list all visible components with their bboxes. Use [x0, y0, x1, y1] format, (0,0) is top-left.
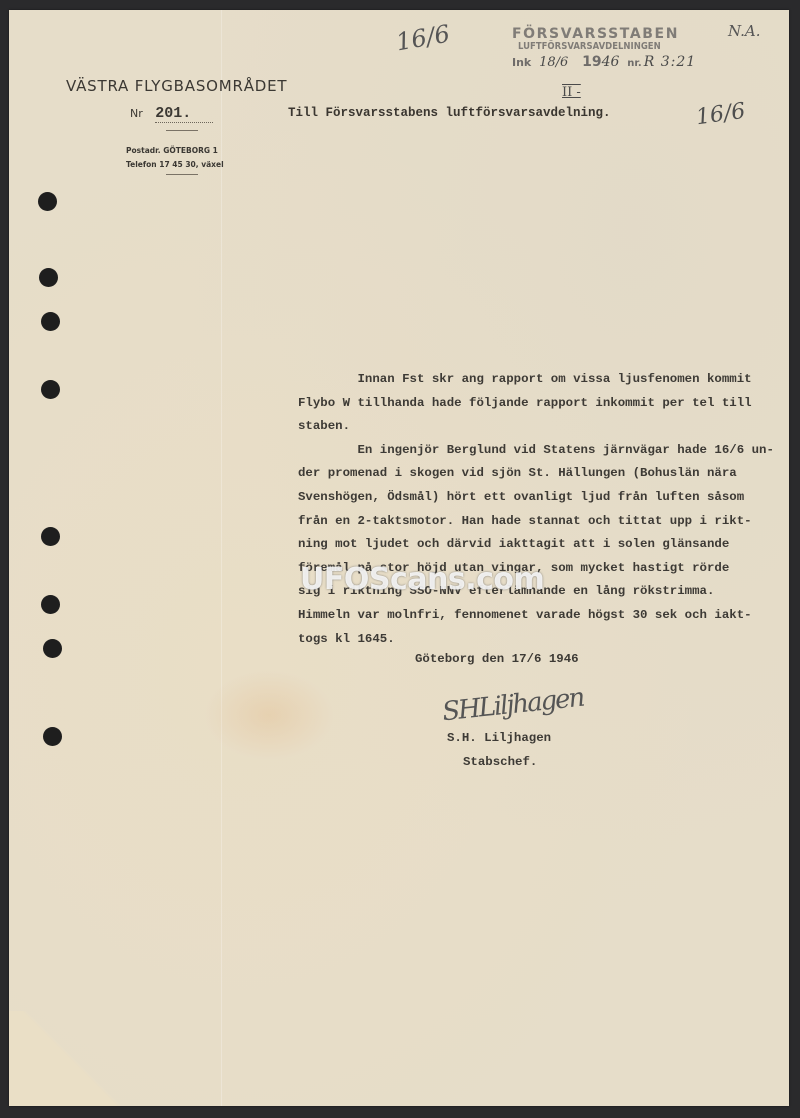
closing-place-date: Göteborg den 17/6 1946 [415, 652, 579, 666]
punch-hole-icon [41, 380, 60, 399]
body-line: Svenshögen, Ödsmål) hört ett ovanligt lj… [298, 486, 788, 510]
letterhead-organization: VÄSTRA FLYGBASOMRÅDET [66, 77, 287, 95]
handwritten-initials: N.A. [728, 22, 761, 40]
stamp-section: II - [562, 85, 581, 100]
body-line: togs kl 1645. [298, 628, 788, 652]
punch-hole-icon [41, 595, 60, 614]
document-number-label: Nr [130, 107, 143, 120]
punch-hole-icon [41, 527, 60, 546]
stamp-nr-label: nr. [627, 58, 641, 69]
body-line: från en 2-taktsmotor. Han hade stannat o… [298, 510, 788, 534]
divider [166, 174, 198, 175]
paper-fold-line [221, 10, 222, 1106]
punch-hole-icon [43, 639, 62, 658]
body-line: Innan Fst skr ang rapport om vissa ljusf… [298, 368, 788, 392]
punch-hole-icon [39, 268, 58, 287]
folded-corner [9, 1011, 139, 1106]
body-line: Flybo W tillhanda hade följande rapport … [298, 392, 788, 416]
recipient-line: Till Försvarsstabens luftförsvarsavdelni… [288, 106, 611, 120]
body-line: staben. [298, 415, 788, 439]
stamp-ink-date: 18/6 [539, 55, 568, 70]
stamp-details: Ink 18/6 1946 nr.R 3:21 [512, 54, 696, 70]
telephone: Telefon 17 45 30, växel [126, 158, 224, 172]
paper-stain [204, 670, 334, 760]
stamp-title: FÖRSVARSSTABEN [512, 26, 696, 42]
document-number-value: 201. [155, 105, 213, 123]
stamp-year-suffix: 46 [602, 54, 620, 70]
signer-title: Stabschef. [463, 755, 537, 769]
body-line: En ingenjör Berglund vid Statens järnväg… [298, 439, 788, 463]
punch-hole-icon [43, 727, 62, 746]
stamp-department: LUFTFÖRSVARSAVDELNINGEN [518, 42, 696, 53]
postal-address: Postadr. GÖTEBORG 1 [126, 144, 224, 158]
document-number: Nr 201. [130, 104, 213, 123]
signer-name: S.H. Liljhagen [447, 731, 551, 745]
stamp-ink-label: Ink [512, 56, 531, 69]
received-stamp: FÖRSVARSSTABEN LUFTFÖRSVARSAVDELNINGEN I… [512, 26, 696, 70]
divider [166, 130, 198, 131]
body-line: der promenad i skogen vid sjön St. Hällu… [298, 462, 788, 486]
letter-body: Innan Fst skr ang rapport om vissa ljusf… [298, 368, 788, 651]
body-line: ning mot ljudet och därvid iakttagit att… [298, 533, 788, 557]
punch-hole-icon [41, 312, 60, 331]
punch-hole-icon [38, 192, 57, 211]
body-line: Himmeln var molnfri, fennomenet varade h… [298, 604, 788, 628]
watermark: UFOScans.com [300, 562, 544, 597]
letterhead-address: Postadr. GÖTEBORG 1 Telefon 17 45 30, vä… [126, 144, 224, 172]
stamp-reference: R 3:21 [644, 54, 696, 70]
stamp-year-prefix: 19 [582, 54, 601, 70]
